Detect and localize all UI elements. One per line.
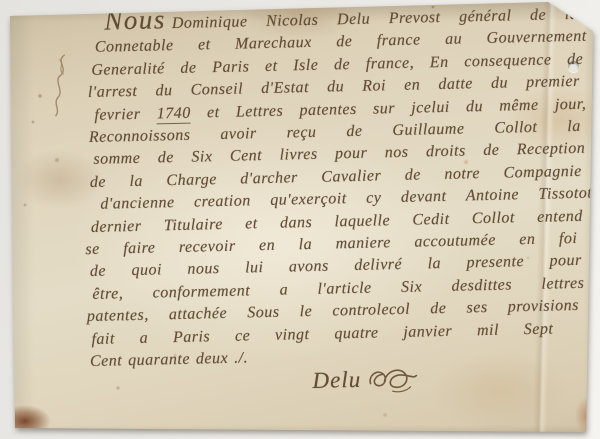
manuscript-text: NousDominique Nicolas Delu Prevost génér…	[86, 0, 595, 401]
signature-paraph-flourish	[366, 364, 421, 395]
opening-word: Nous	[104, 4, 166, 35]
photo-background: NousDominique Nicolas Delu Prevost génér…	[0, 0, 600, 439]
date-line-pre: fevrier	[94, 105, 157, 123]
underlined-year: 1740	[157, 104, 191, 124]
margin-paraph-mark	[47, 51, 76, 121]
paper-shadow: NousDominique Nicolas Delu Prevost génér…	[0, 0, 600, 439]
manuscript-paper: NousDominique Nicolas Delu Prevost génér…	[0, 0, 600, 439]
signature: Delu	[312, 369, 361, 393]
